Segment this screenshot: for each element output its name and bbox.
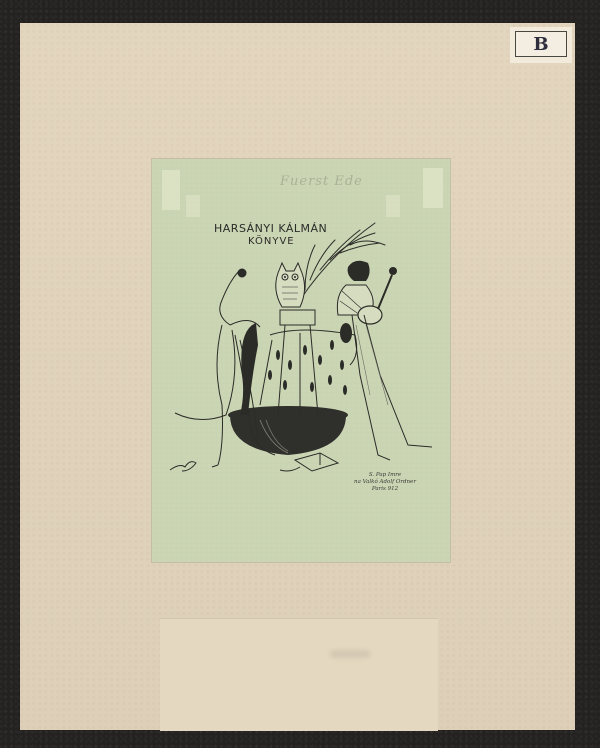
- show-through-text: Fuerst Ede: [280, 174, 400, 189]
- mount-label: B: [515, 31, 567, 57]
- open-book-icon: [280, 453, 338, 471]
- artist-signature: S. Pap Imre na Valkó Adolf Ordner Paris …: [330, 472, 440, 493]
- hinge-mark-left: [186, 195, 200, 217]
- hinge-top-right: [423, 168, 443, 208]
- long-hair-icon: [240, 323, 258, 415]
- signature-line-2: na Valkó Adolf Ordner: [330, 479, 440, 486]
- signature-line-1: S. Pap Imre: [330, 472, 440, 479]
- signature-line-3: Paris 912: [330, 486, 440, 493]
- mandolin-player-icon: [337, 261, 432, 460]
- hinge-top-left: [162, 170, 180, 210]
- hinge-mark-right: [386, 195, 400, 217]
- monogram-icon: [170, 462, 196, 471]
- pencil-smudge: [330, 650, 370, 658]
- owl-icon: [276, 263, 305, 307]
- bookplate-illustration: [160, 215, 450, 490]
- lower-blank-panel: [160, 618, 438, 731]
